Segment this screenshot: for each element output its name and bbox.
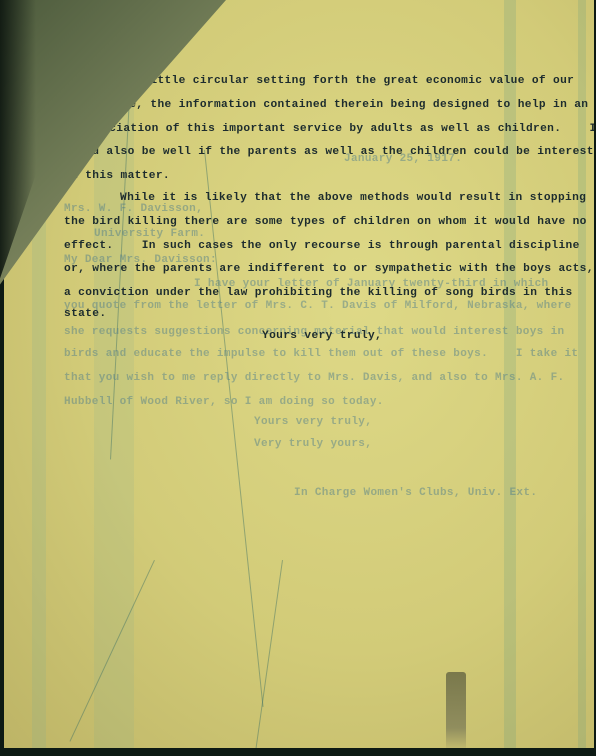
ghost-closing-2: Very truly yours, xyxy=(254,438,372,450)
ghost-line: birds and educate the impulse to kill th… xyxy=(64,348,578,360)
ghost-signature-line: In Charge Women's Clubs, Univ. Ext. xyxy=(294,487,537,499)
ghost-closing: Yours very truly, xyxy=(254,416,372,428)
closing: Yours very truly, xyxy=(262,330,382,342)
body-line: would also be well if the parents as wel… xyxy=(64,146,594,158)
discoloration-band xyxy=(578,0,586,752)
body-line: effect. In such cases the only recourse … xyxy=(64,240,580,252)
ghost-line: that you wish to me reply directly to Mr… xyxy=(64,372,564,384)
ghost-addressee-name: Mrs. W. F. Davisson, xyxy=(64,203,203,215)
ghost-addressee-place: University Farm. xyxy=(94,228,205,240)
paper-crack xyxy=(256,560,283,748)
body-line: While it is likely that the above method… xyxy=(120,192,586,204)
paper-crack xyxy=(204,150,264,707)
body-line: state. xyxy=(64,308,106,320)
body-line: a conviction under the law prohibiting t… xyxy=(64,287,573,299)
body-line: life, the information contained therein … xyxy=(108,99,588,111)
body-line: preciation of this important service by … xyxy=(88,123,594,135)
stain-mark xyxy=(446,672,466,752)
body-line: of a little circular setting forth the g… xyxy=(108,75,574,87)
body-line: or, where the parents are indifferent to… xyxy=(64,263,594,275)
body-line: the bird killing there are some types of… xyxy=(64,216,587,228)
page-edge xyxy=(4,748,594,752)
ghost-line: Hubbell of Wood River, so I am doing so … xyxy=(64,396,384,408)
ghost-line: you quote from the letter of Mrs. C. T. … xyxy=(64,300,571,312)
